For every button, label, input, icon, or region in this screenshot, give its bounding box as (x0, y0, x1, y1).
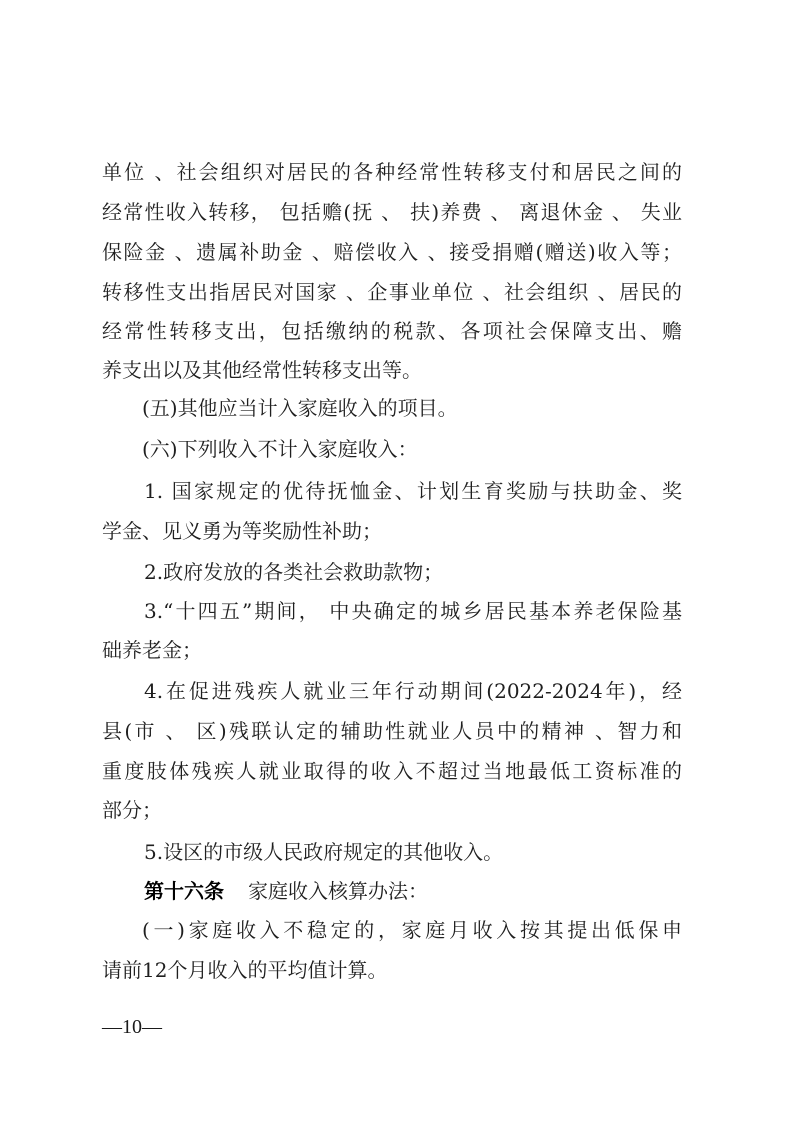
list-item-4-cont: 重度肢体残疾人就业取得的收入不超过当地最低工资标准的 (102, 756, 682, 786)
article-text: 家庭收入核算办法： (248, 879, 428, 903)
paragraph-line: 养支出以及其他经常性转移支出等。 (102, 355, 682, 385)
list-item-4-cont: 县(市 、 区)残联认定的辅助性就业人员中的精神 、智力和 (102, 716, 682, 746)
list-item-4-cont: 部分； (102, 795, 682, 825)
list-item-2: 2.政府发放的各类社会救助款物； (144, 557, 682, 587)
paragraph-line: 保险金 、遗属补助金 、赔偿收入 、接受捐赠(赠送)收入等； (102, 237, 682, 267)
subsection-one: (一)家庭收入不稳定的，家庭月收入按其提出低保申 (142, 915, 682, 945)
list-item-1: 1. 国家规定的优待抚恤金、计划生育奖励与扶助金、奖 (144, 476, 682, 506)
paragraph-line: 经常性转移支出，包括缴纳的税款、各项社会保障支出、赡 (102, 316, 682, 346)
paragraph-line: 单位 、社会组织对居民的各种经常性转移支付和居民之间的 (102, 157, 682, 187)
list-item-3-cont: 础养老金； (102, 635, 682, 665)
list-item-1-cont: 学金、见义勇为等奖励性补助； (102, 516, 682, 546)
page-number: —10— (102, 1016, 162, 1039)
list-item-5: 5.设区的市级人民政府规定的其他收入。 (144, 837, 682, 867)
article-heading: 第十六条 (144, 879, 224, 903)
paragraph-line: 经常性收入转移， 包括赡(抚 、 扶)养费 、 离退休金 、 失业 (102, 197, 682, 227)
article-sixteen: 第十六条家庭收入核算办法： (144, 876, 682, 906)
subsection-one-cont: 请前12个月收入的平均值计算。 (102, 955, 682, 985)
list-item-4: 4.在促进残疾人就业三年行动期间(2022-2024年)，经 (144, 676, 682, 706)
document-page: 单位 、社会组织对居民的各种经常性转移支付和居民之间的 经常性收入转移， 包括赡… (0, 0, 793, 1121)
list-item-3: 3.“十四五”期间， 中央确定的城乡居民基本养老保险基 (144, 596, 682, 626)
item-six: (六)下列收入不计入家庭收入： (142, 434, 682, 464)
paragraph-line: 转移性支出指居民对国家 、企事业单位 、社会组织 、居民的 (102, 277, 682, 307)
item-five: (五)其他应当计入家庭收入的项目。 (142, 393, 682, 423)
